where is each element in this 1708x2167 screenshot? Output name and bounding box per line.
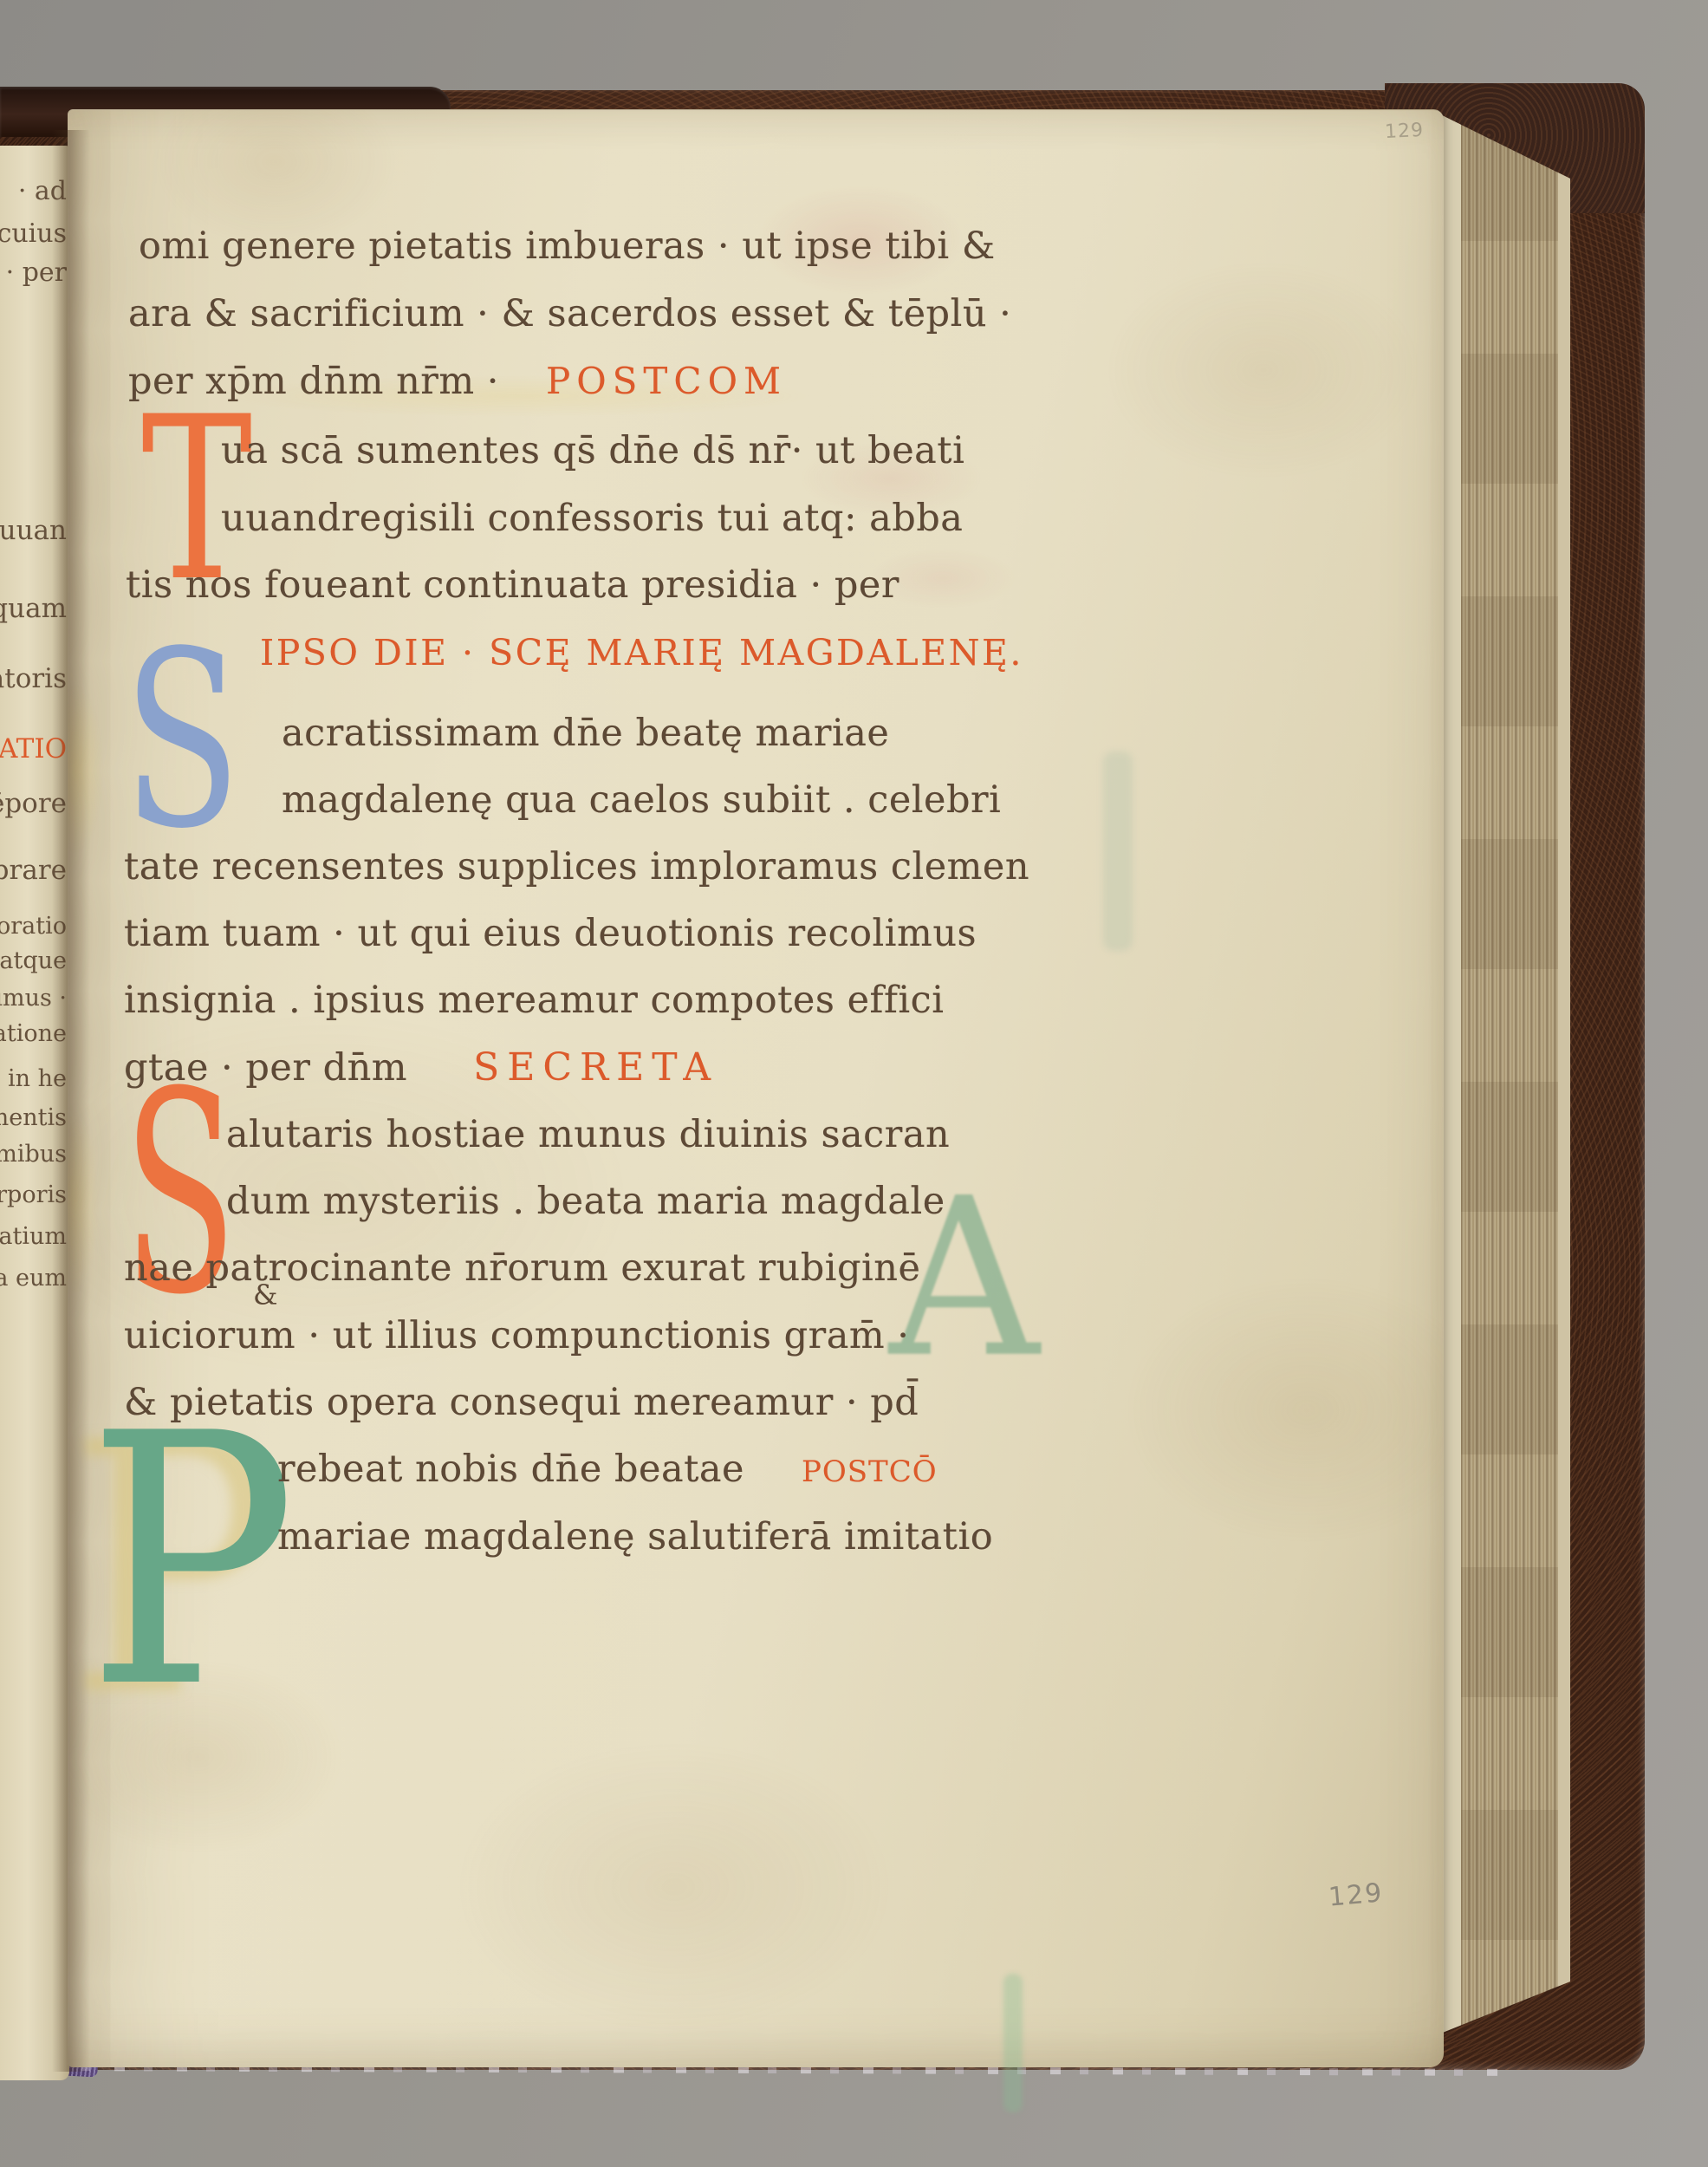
text-line: dum mysteriis . beata maria magdale xyxy=(226,1180,945,1223)
rubric-postcom: POSTCOM xyxy=(546,360,787,402)
folio-number-faint: 129 xyxy=(1384,120,1424,143)
line-text: nae patrocinante nr̄orum exurat rubiginē xyxy=(124,1246,920,1290)
text-line: per xp̄m dn̄m nr̄m ·POSTCOM xyxy=(128,360,787,403)
text-line: gtae · per dn̄mSECRETA xyxy=(124,1045,718,1090)
line-text: insignia . ipsius mereamur compotes effi… xyxy=(124,979,944,1022)
manuscript-page: T S S P A omi genere pietatis imbueras ·… xyxy=(68,109,1444,2067)
initial-S-blue: S xyxy=(123,649,241,834)
line-text: omi genere pietatis imbueras · ut ipse t… xyxy=(139,225,996,268)
text-line: uuandregisili confessoris tui atq: abba xyxy=(221,497,963,540)
text-line: IPSO DIE · SCĘ MARIĘ MAGDALENĘ. xyxy=(260,631,1023,674)
line-text: per xp̄m dn̄m nr̄m · xyxy=(128,360,499,403)
text-line: ua scā sumentes qs̄ dn̄e ds̄ nr̄· ut bea… xyxy=(221,429,964,472)
text-line: magdalenę qua caelos subiit . celebri xyxy=(282,778,1001,822)
rubric-secreta: SECRETA xyxy=(473,1045,718,1090)
text-line: tis nos foueant continuata presidia · pe… xyxy=(126,563,899,607)
text-line: insignia . ipsius mereamur compotes effi… xyxy=(124,979,944,1022)
line-text: uiciorum · ut illius compunctionis gram̄… xyxy=(124,1314,909,1357)
line-text: tis nos foueant continuata presidia · pe… xyxy=(126,563,899,607)
line-text: uuandregisili confessoris tui atq: abba xyxy=(221,497,963,540)
line-text: acratissimam dn̄e beatę mariae xyxy=(282,712,889,755)
text-line: ara & sacrificium · & sacerdos esset & t… xyxy=(128,292,1011,335)
gutter-shadow xyxy=(52,130,90,2072)
initial-P-green: P xyxy=(87,1431,296,1695)
text-line: rebeat nobis dn̄e beataePOSTCŌ xyxy=(277,1448,938,1491)
text-line: tiam tuam · ut qui eius deuotionis recol… xyxy=(124,912,977,955)
line-text: ua scā sumentes qs̄ dn̄e ds̄ nr̄· ut bea… xyxy=(221,429,964,472)
rubric-postco: POSTCŌ xyxy=(802,1454,938,1489)
ampersand-insertion: & xyxy=(253,1279,277,1311)
line-text: rebeat nobis dn̄e beatae xyxy=(277,1448,744,1491)
green-pigment-smudge xyxy=(1003,1974,1023,2112)
line-text: & pietatis opera consequi mereamur · pd̄ xyxy=(124,1381,919,1424)
fore-edge-page-stack xyxy=(1440,111,1570,2037)
text-line: tate recensentes supplices imploramus cl… xyxy=(124,845,1029,888)
line-text: mariae magdalenę salutiferā imitatio xyxy=(277,1515,993,1559)
line-text: tate recensentes supplices imploramus cl… xyxy=(124,845,1029,888)
show-through-ghost xyxy=(1103,752,1133,951)
line-text: magdalenę qua caelos subiit . celebri xyxy=(282,778,1001,822)
rubric-ipso-die: IPSO DIE · SCĘ MARIĘ MAGDALENĘ. xyxy=(260,632,1023,674)
line-text: alutaris hostiae munus diuinis sacran xyxy=(226,1113,950,1156)
text-line: mariae magdalenę salutiferā imitatio xyxy=(277,1515,993,1559)
folio-number-pencil: 129 xyxy=(1328,1877,1385,1912)
text-line: acratissimam dn̄e beatę mariae xyxy=(282,712,889,755)
text-line: alutaris hostiae munus diuinis sacran xyxy=(226,1113,950,1156)
text-line: omi genere pietatis imbueras · ut ipse t… xyxy=(139,225,996,268)
text-line: & pietatis opera consequi mereamur · pd̄ xyxy=(124,1381,919,1424)
line-text: ara & sacrificium · & sacerdos esset & t… xyxy=(128,292,1011,335)
text-line: uiciorum · ut illius compunctionis gram̄… xyxy=(124,1314,909,1357)
text-line: nae patrocinante nr̄orum exurat rubiginē xyxy=(124,1246,920,1290)
manuscript-photo: · ad cuius s · per tate uuan uá quam aga… xyxy=(0,0,1708,2167)
line-text: tiam tuam · ut qui eius deuotionis recol… xyxy=(124,912,977,955)
line-text: gtae · per dn̄m xyxy=(124,1046,407,1090)
line-text: dum mysteriis . beata maria magdale xyxy=(226,1180,945,1223)
